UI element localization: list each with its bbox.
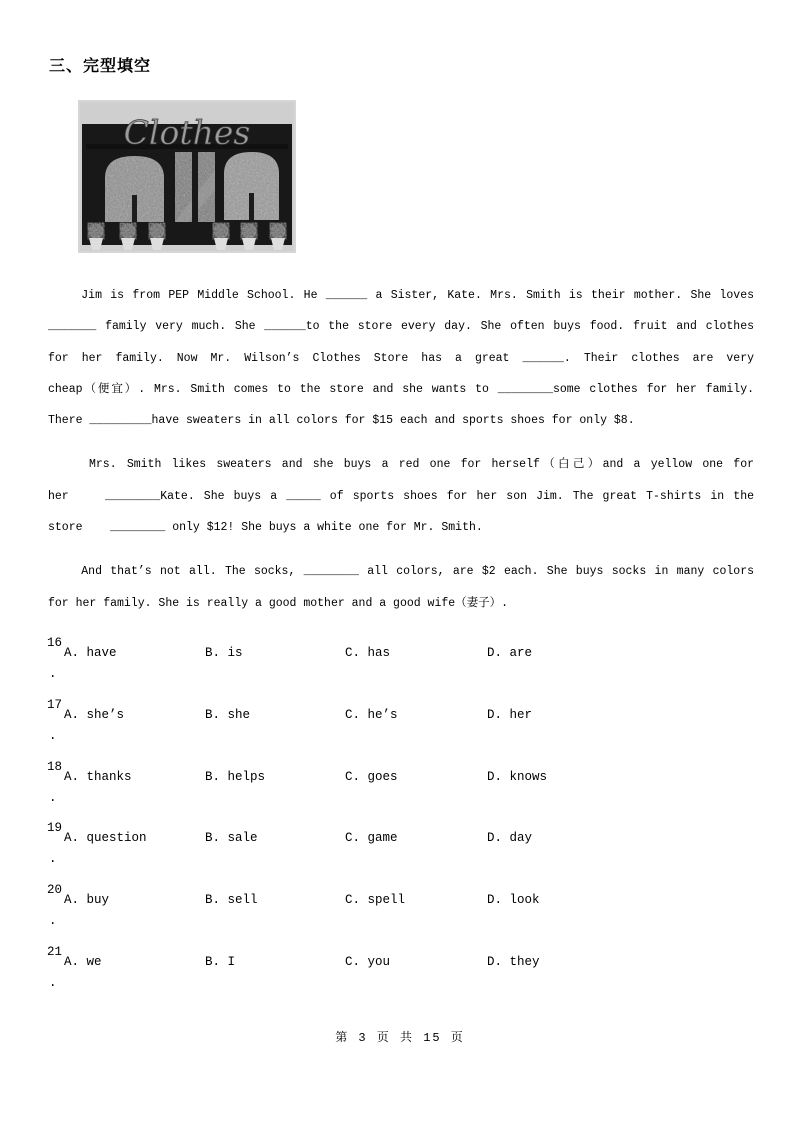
answer-option: D. knows (487, 770, 547, 784)
question-options: A. questionB. saleC. gameD. day (64, 831, 532, 845)
question-number: 19 (47, 821, 62, 835)
answer-option: D. are (487, 646, 532, 660)
answer-option: A. we (64, 955, 205, 969)
question-dot: . (49, 791, 57, 805)
question-number: 17 (47, 698, 62, 712)
passage-line: Mrs. Smith likes sweaters and she buys a… (48, 449, 754, 480)
question-dot: . (49, 667, 57, 681)
answer-option: C. he’s (345, 708, 487, 722)
question-number: 21 (47, 945, 62, 959)
answer-option: A. thanks (64, 770, 205, 784)
answer-option: B. helps (205, 770, 345, 784)
answer-option: C. spell (345, 893, 487, 907)
answer-option: D. look (487, 893, 540, 907)
answer-option: D. day (487, 831, 532, 845)
question-dot: . (49, 914, 57, 928)
question-options: A. weB. IC. youD. they (64, 955, 540, 969)
answer-option: B. sale (205, 831, 345, 845)
questions: 16A. haveB. isC. hasD. are.17A. she’sB. … (0, 636, 770, 1007)
answer-option: A. buy (64, 893, 205, 907)
question-options: A. thanksB. helpsC. goesD. knows (64, 770, 547, 784)
passage-line: for her family. Now Mr. Wilson’s Clothes… (48, 343, 754, 374)
question-number: 18 (47, 760, 62, 774)
answer-option: A. question (64, 831, 205, 845)
question-row: 21A. weB. IC. youD. they. (0, 945, 770, 1007)
passage-line: Jim is from PEP Middle School. He ______… (48, 280, 754, 311)
answer-option: B. she (205, 708, 345, 722)
question-row: 16A. haveB. isC. hasD. are. (0, 636, 770, 698)
question-row: 20A. buyB. sellC. spellD. look. (0, 883, 770, 945)
paragraph: Mrs. Smith likes sweaters and she buys a… (48, 449, 754, 543)
paragraph: Jim is from PEP Middle School. He ______… (48, 280, 754, 436)
question-number: 16 (47, 636, 62, 650)
section-heading: 三、完型填空 (49, 53, 151, 76)
answer-option: A. she’s (64, 708, 205, 722)
answer-option: A. have (64, 646, 205, 660)
answer-option: D. her (487, 708, 532, 722)
passage-line: cheap（便宜）. Mrs. Smith comes to the store… (48, 374, 754, 405)
question-row: 18A. thanksB. helpsC. goesD. knows. (0, 760, 770, 822)
answer-option: C. game (345, 831, 487, 845)
question-options: A. she’sB. sheC. he’sD. her (64, 708, 532, 722)
answer-option: C. has (345, 646, 487, 660)
store-sign-text: Clothes (124, 113, 251, 152)
passage-line: There _________have sweaters in all colo… (48, 405, 754, 436)
answer-option: D. they (487, 955, 540, 969)
answer-option: B. is (205, 646, 345, 660)
question-row: 19A. questionB. saleC. gameD. day. (0, 821, 770, 883)
passage-line: her ________Kate. She buys a _____ of sp… (48, 481, 754, 512)
question-options: A. haveB. isC. hasD. are (64, 646, 532, 660)
passage-line: _______ family very much. She ______to t… (48, 311, 754, 342)
question-dot: . (49, 976, 57, 990)
question-row: 17A. she’sB. sheC. he’sD. her. (0, 698, 770, 760)
question-dot: . (49, 852, 57, 866)
clothes-store-illustration: Clothes (78, 100, 296, 253)
answer-option: C. goes (345, 770, 487, 784)
passage-line: And that’s not all. The socks, ________ … (48, 556, 754, 587)
passage: Jim is from PEP Middle School. He ______… (48, 280, 754, 619)
question-dot: . (49, 729, 57, 743)
page-footer: 第 3 页 共 15 页 (0, 1028, 800, 1045)
question-number: 20 (47, 883, 62, 897)
answer-option: B. sell (205, 893, 345, 907)
paragraph: And that’s not all. The socks, ________ … (48, 556, 754, 619)
question-options: A. buyB. sellC. spellD. look (64, 893, 540, 907)
passage-line: for her family. She is really a good mot… (48, 588, 754, 619)
passage-line: store ________ only $12! She buys a whit… (48, 512, 754, 543)
answer-option: B. I (205, 955, 345, 969)
clothes-store-photo: Clothes (78, 100, 296, 253)
answer-option: C. you (345, 955, 487, 969)
